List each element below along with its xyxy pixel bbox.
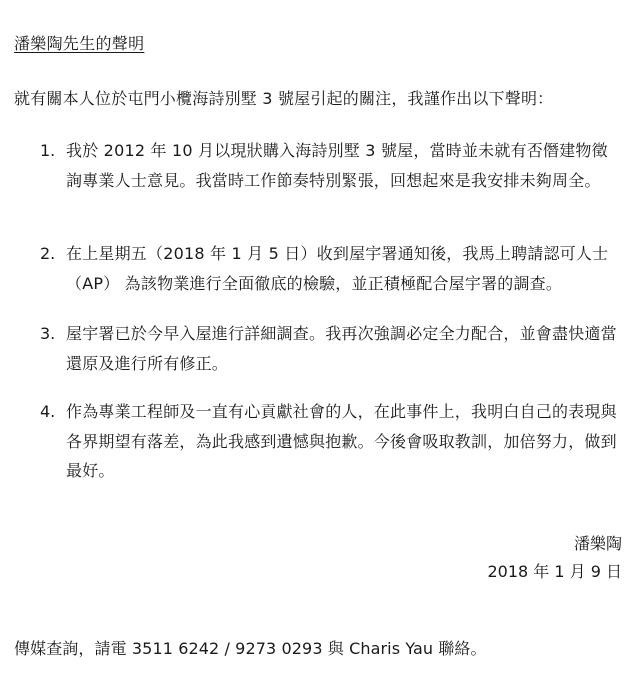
- signer-name: 潘樂陶: [574, 533, 622, 555]
- intro-paragraph: 就有關本人位於屯門小欖海詩別墅 3 號屋引起的關注，我謹作出以下聲明：: [14, 88, 553, 110]
- list-item-text: 在上星期五（2018 年 1 月 5 日）收到屋宇署通知後，我馬上聘請認可人士（…: [66, 239, 618, 298]
- signature-date: 2018 年 1 月 9 日: [487, 561, 622, 583]
- list-item-text: 我於 2012 年 10 月以現狀購入海詩別墅 3 號屋，當時並未就有否僭建物徵…: [66, 136, 618, 195]
- statement-document: 潘樂陶先生的聲明 就有關本人位於屯門小欖海詩別墅 3 號屋引起的關注，我謹作出以…: [0, 0, 631, 687]
- list-item-text: 屋宇署已於今早入屋進行詳細調查。我再次強調必定全力配合，並會盡快適當還原及進行所…: [66, 319, 618, 378]
- list-item-text: 作為專業工程師及一直有心貢獻社會的人，在此事件上，我明白自己的表現與各界期望有落…: [66, 397, 618, 486]
- list-item-number: 2.: [40, 239, 64, 269]
- document-title: 潘樂陶先生的聲明: [14, 34, 144, 54]
- list-item: 2. 在上星期五（2018 年 1 月 5 日）收到屋宇署通知後，我馬上聘請認可…: [40, 239, 620, 298]
- list-item: 4. 作為專業工程師及一直有心貢獻社會的人，在此事件上，我明白自己的表現與各界期…: [40, 397, 620, 486]
- list-item-number: 3.: [40, 319, 64, 349]
- list-item: 1. 我於 2012 年 10 月以現狀購入海詩別墅 3 號屋，當時並未就有否僭…: [40, 136, 620, 195]
- list-item-number: 1.: [40, 136, 64, 166]
- media-contact: 傳媒查詢，請電 3511 6242 / 9273 0293 與 Charis Y…: [14, 638, 487, 660]
- list-item: 3. 屋宇署已於今早入屋進行詳細調查。我再次強調必定全力配合，並會盡快適當還原及…: [40, 319, 620, 378]
- list-item-number: 4.: [40, 397, 64, 427]
